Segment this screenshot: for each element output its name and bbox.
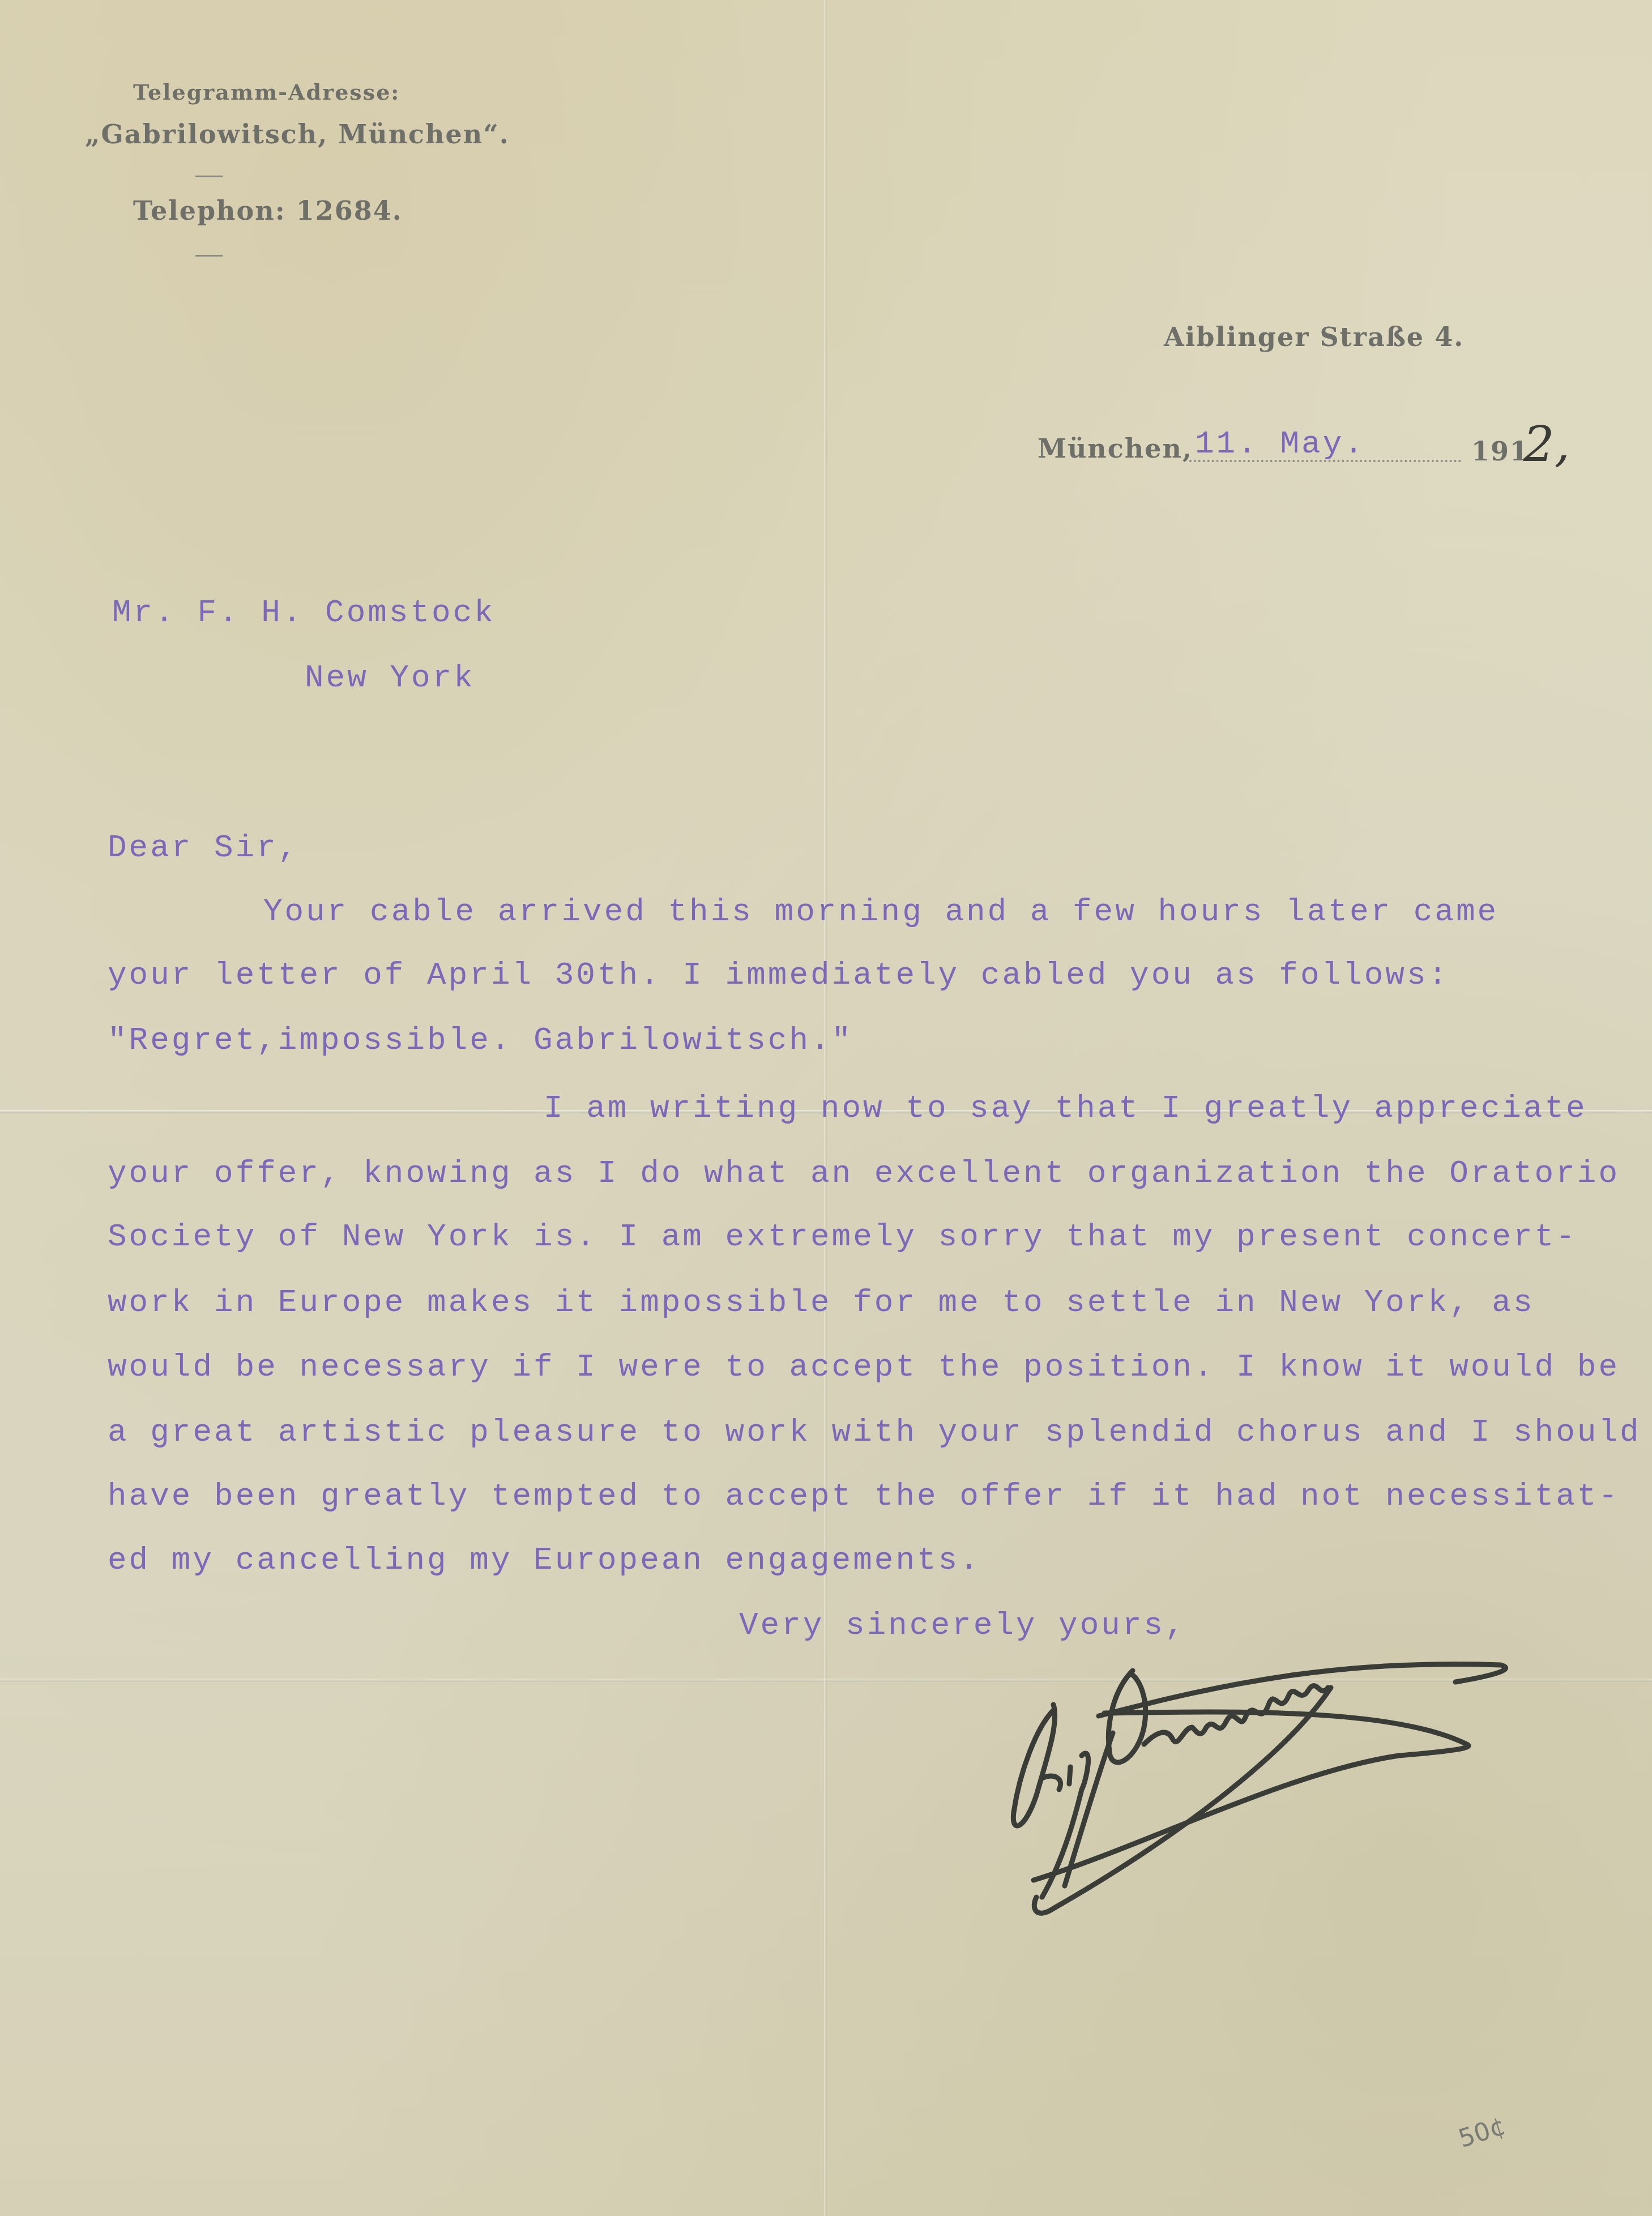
telephone-number: Telephon: 12684. — [133, 195, 403, 226]
body-line: a great artistic pleasure to work with y… — [108, 1414, 1641, 1450]
telegram-label: Telegramm-Adresse: — [133, 79, 400, 105]
body-line: your letter of April 30th. I immediately… — [108, 957, 1449, 993]
body-line: your offer, knowing as I do what an exce… — [108, 1155, 1620, 1192]
body-line: work in Europe makes it impossible for m… — [108, 1284, 1535, 1321]
recipient-name: Mr. F. H. Comstock — [112, 595, 496, 631]
handwritten-year-digit: 2, — [1523, 416, 1570, 473]
closing: Very sincerely yours, — [739, 1607, 1186, 1643]
recipient-city: New York — [305, 660, 475, 696]
date-dotted-line — [1189, 460, 1461, 462]
body-line: I am writing now to say that I greatly a… — [544, 1090, 1587, 1126]
body-line: have been greatly tempted to accept the … — [108, 1478, 1620, 1514]
body-line: would be necessary if I were to accept t… — [108, 1349, 1620, 1385]
salutation: Dear Sir, — [108, 830, 299, 866]
letterhead-rule — [195, 255, 223, 257]
body-line: ed my cancelling my European engagements… — [108, 1542, 981, 1578]
typed-date: 11. May. — [1195, 426, 1365, 462]
body-line: Your cable arrived this morning and a fe… — [263, 894, 1499, 930]
printed-year-prefix: 191 — [1471, 436, 1529, 467]
date-city: München, — [1038, 433, 1193, 464]
letterhead-rule — [195, 176, 223, 177]
body-line: Society of New York is. I am extremely s… — [108, 1219, 1577, 1255]
body-line: "Regret,impossible. Gabrilowitsch." — [108, 1022, 853, 1058]
telegram-address: „Gabrilowitsch, München“. — [85, 119, 510, 150]
signature-ink — [1002, 1642, 1580, 1959]
street-address: Aiblinger Straße 4. — [1164, 322, 1464, 352]
